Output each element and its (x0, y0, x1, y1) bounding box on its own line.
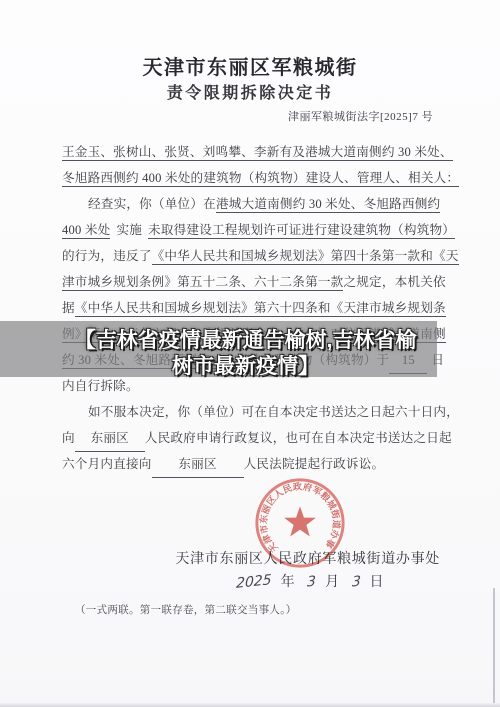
body-line-appeal-2: 向东丽区人民政府申请行政复议，也可在自本决定书送达之日起 (62, 425, 444, 451)
scan-edge-bottom (0, 703, 500, 707)
issue-date: 2025年 3月 3日 (232, 571, 388, 591)
body-line-addressees-1: 王金玉、张树山、张贤、刘鸣攀、李新有及港城大道南侧约 30 米处、 (62, 139, 444, 165)
body-line-finding-2: 400 米处实施未取得建设工程规划许可证进行建设建筑物（构筑物） (62, 217, 444, 243)
body-line-basis-1: 据《中华人民共和国城乡规划法》第六十四条和《天津市城乡规划条 (62, 295, 444, 321)
review-authority-fill: 东丽区 (75, 425, 145, 452)
document-org-title: 天津市东丽区军粮城街 (0, 56, 500, 80)
violation-fill: 未取得建设工程规划许可证进行建设建筑物（构筑物） (148, 223, 455, 239)
date-day-value: 3 (351, 573, 360, 590)
court-fill: 东丽区 (152, 451, 244, 478)
addressee-names: 王金玉、张树山、张贤、刘鸣攀、李新有及港城大道南侧约 30 米处、 (62, 145, 453, 161)
body-line-finding-1: 经查实，你（单位）在港城大道南侧约 30 米处、冬旭路西侧约 (62, 191, 444, 217)
date-year-label: 年 (281, 575, 295, 590)
scan-edge-right (493, 588, 495, 707)
appeal-to-label: 向 (62, 431, 75, 445)
document-number: 津丽军粮城街法字[2025]7 号 (288, 108, 433, 124)
review-text: 人民政府申请行政复议，也可在自本决定书送达之日起 (145, 431, 452, 445)
basis-intro: 据 (62, 301, 75, 315)
watermark-text: 【吉林省疫情最新通告榆树,吉林省榆 树市最新疫情】 (0, 321, 437, 380)
red-seal-stamp-icon: 天津市东丽区人民政府军粮城街道办事处 (251, 474, 349, 572)
appeal-text: 如不服本决定，你（单位）可在自本决定书送达之日起六十日内， (88, 405, 459, 419)
watermark-line1: 【吉林省疫情最新通告榆树,吉林省榆 (54, 328, 437, 354)
self-demolish-text: 内自行拆除。 (62, 379, 139, 393)
addressee-roles: 冬旭路西侧约 400 米处的建筑物（构筑物）建设人、管理人、相关人： (62, 171, 459, 187)
lawsuit-intro: 六个月内直接向 (62, 457, 152, 471)
watermark-band: 【吉林省疫情最新通告榆树,吉林省榆 树市最新疫情】 (0, 321, 437, 377)
body-line-law-1: 的行为，违反了《中华人民共和国城乡规划法》第四十条第一款和《天 (62, 243, 444, 269)
law-citation-fill-cont: 津市城乡规划条例》第五十二条、六十二条第一款 (62, 275, 343, 291)
seal-star-icon (284, 506, 316, 536)
watermark-line2: 树市最新疫情】 (54, 354, 437, 380)
scanned-document-page: 天津市东丽区军粮城街 责令限期拆除决定书 津丽军粮城街法字[2025]7 号 王… (0, 0, 500, 707)
footer-note: （一式两联。第一联存卷，第二联交当事人。） (75, 602, 297, 617)
seal-text: 天津市东丽区人民政府军粮城街道办事处 (251, 474, 342, 554)
date-day-label: 日 (369, 575, 383, 590)
body-line-addressees-2: 冬旭路西侧约 400 米处的建筑物（构筑物）建设人、管理人、相关人： (62, 165, 444, 191)
document-body: 王金玉、张树山、张贤、刘鸣攀、李新有及港城大道南侧约 30 米处、 冬旭路西侧约… (62, 139, 444, 477)
location-fill: 港城大道南侧约 30 米处、冬旭路西侧约 (216, 197, 440, 213)
finding-verb: 实施 (116, 223, 142, 237)
document-title: 责令限期拆除决定书 (0, 84, 500, 103)
svg-text:天津市东丽区人民政府军粮城街道办事处: 天津市东丽区人民政府军粮城街道办事处 (251, 474, 342, 554)
body-line-appeal-1: 如不服本决定，你（单位）可在自本决定书送达之日起六十日内， (62, 399, 444, 425)
lawsuit-text: 人民法院提起行政诉讼。 (244, 457, 385, 471)
finding-text: 经查实，你（单位）在 (88, 197, 216, 211)
basis-citation-fill: 《中华人民共和国城乡规划法》第六十四条和《天津市城乡规划条 (75, 301, 446, 317)
date-month-label: 月 (325, 575, 339, 590)
law-citation-fill: 《中华人民共和国城乡规划法》第四十条第一款和《天 (152, 249, 459, 265)
date-month-value: 3 (307, 573, 316, 590)
body-line-law-2: 津市城乡规划条例》第五十二条、六十二条第一款之规定，本机关依 (62, 269, 444, 295)
date-year-value: 2025 (236, 572, 272, 592)
location-fill-cont: 400 米处 (62, 223, 110, 239)
law-clause-text: 之规定，本机关依 (343, 275, 445, 289)
violation-intro: 的行为，违反了 (62, 249, 152, 263)
issuer-signature: 天津市东丽区人民政府军粮城街道办事处 (0, 548, 440, 568)
